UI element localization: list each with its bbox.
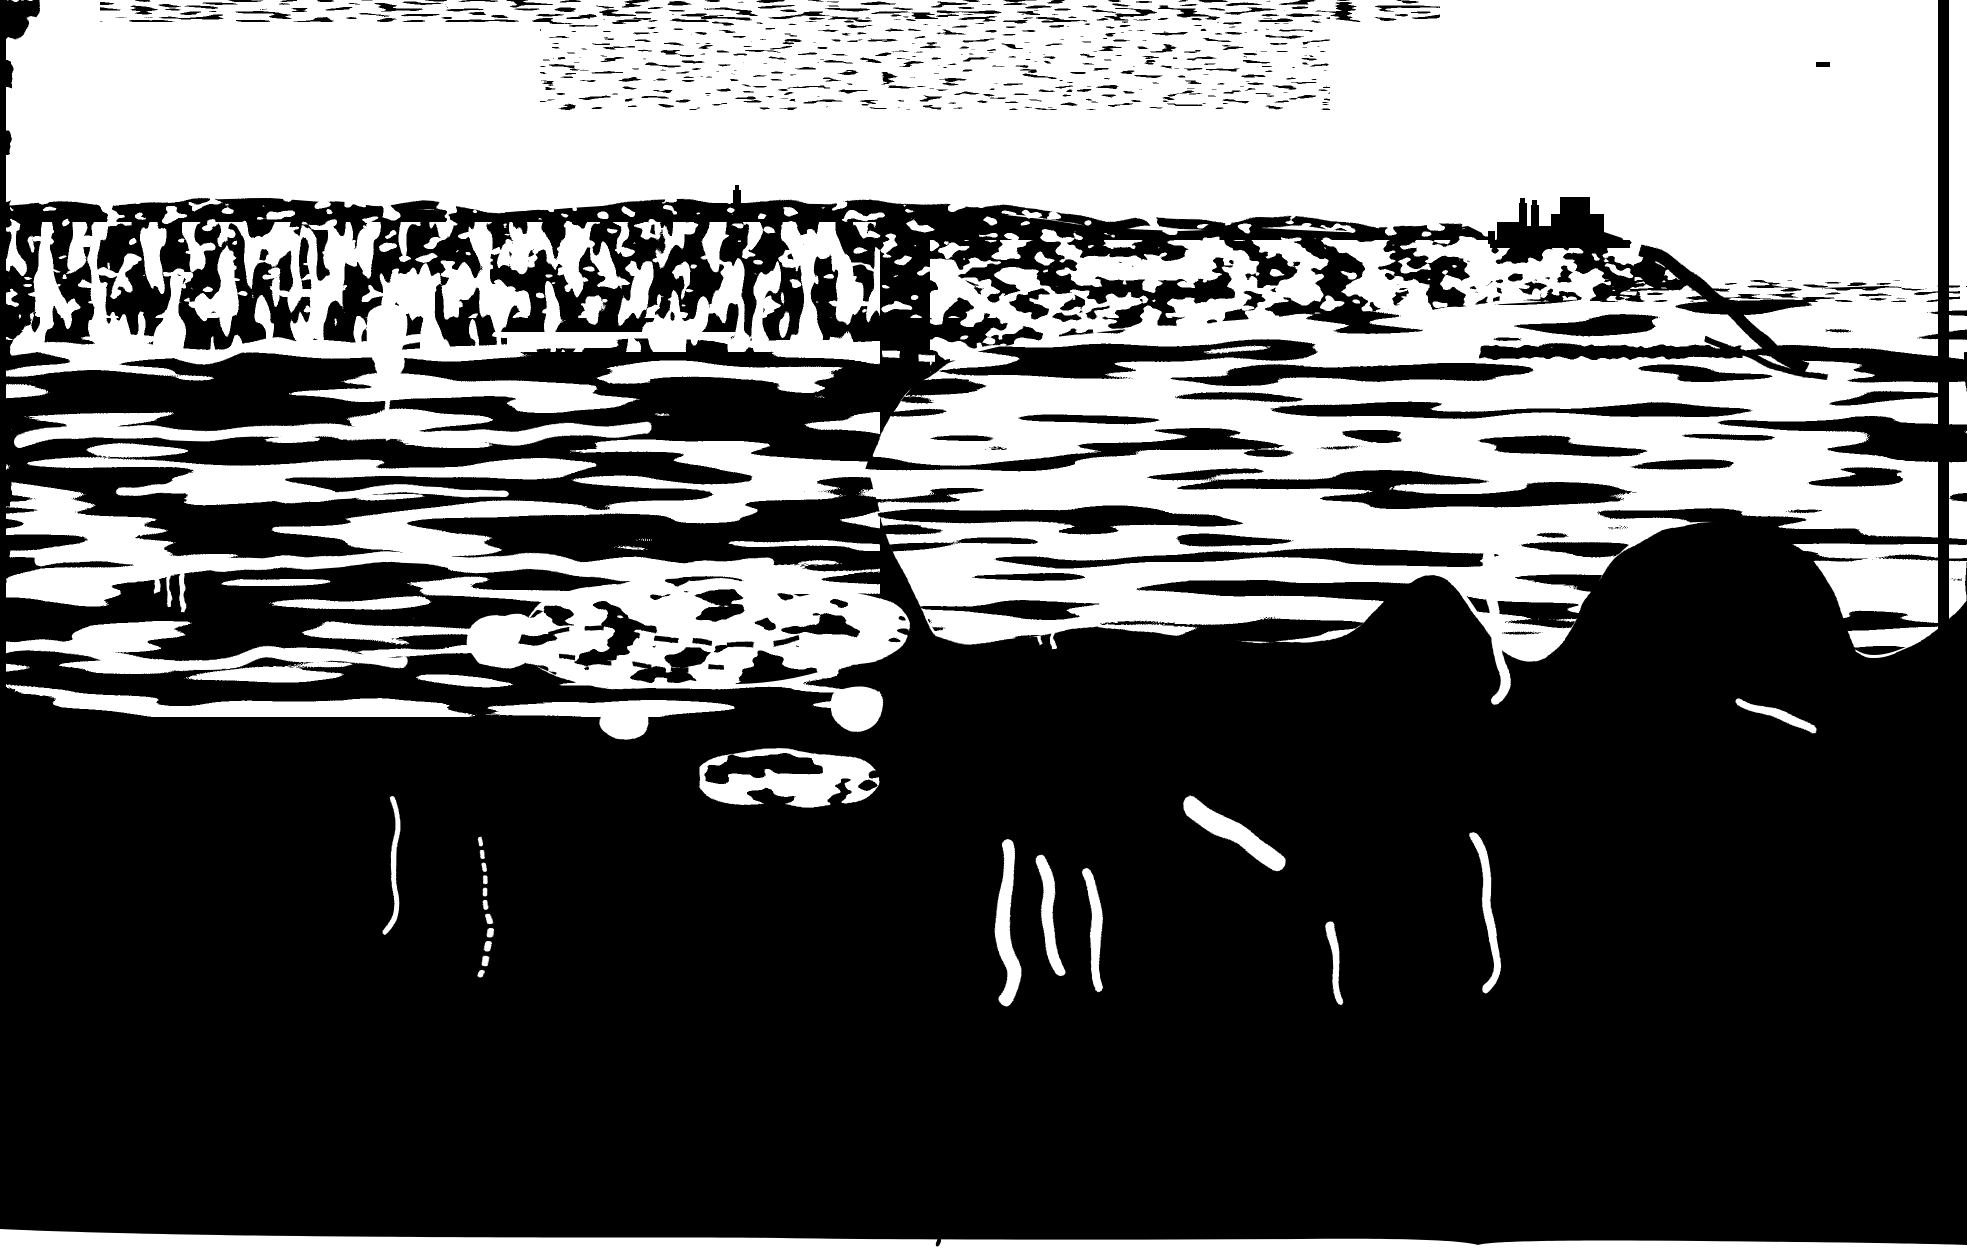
castle-tower-cap xyxy=(1532,200,1537,206)
castle-keep xyxy=(1551,214,1604,244)
castle-tower-cap xyxy=(1520,198,1525,204)
waterline-bar xyxy=(1480,346,1742,358)
wave-ribbon xyxy=(15,432,650,438)
right-plate-border xyxy=(1938,0,1949,660)
castle-tower xyxy=(1519,203,1527,244)
sky-lone-dash xyxy=(1816,62,1830,67)
engraving-scan-page: Bitonal scanned engraving of a coastal l… xyxy=(0,0,1967,1248)
wave-ribbon xyxy=(120,489,505,493)
castle-base-wall xyxy=(1490,240,1630,248)
horizon-speckle-line xyxy=(1590,280,1960,302)
sky-speckle-cloud xyxy=(540,14,1330,110)
engraving-canvas: Bitonal scanned engraving of a coastal l… xyxy=(0,0,1967,1248)
